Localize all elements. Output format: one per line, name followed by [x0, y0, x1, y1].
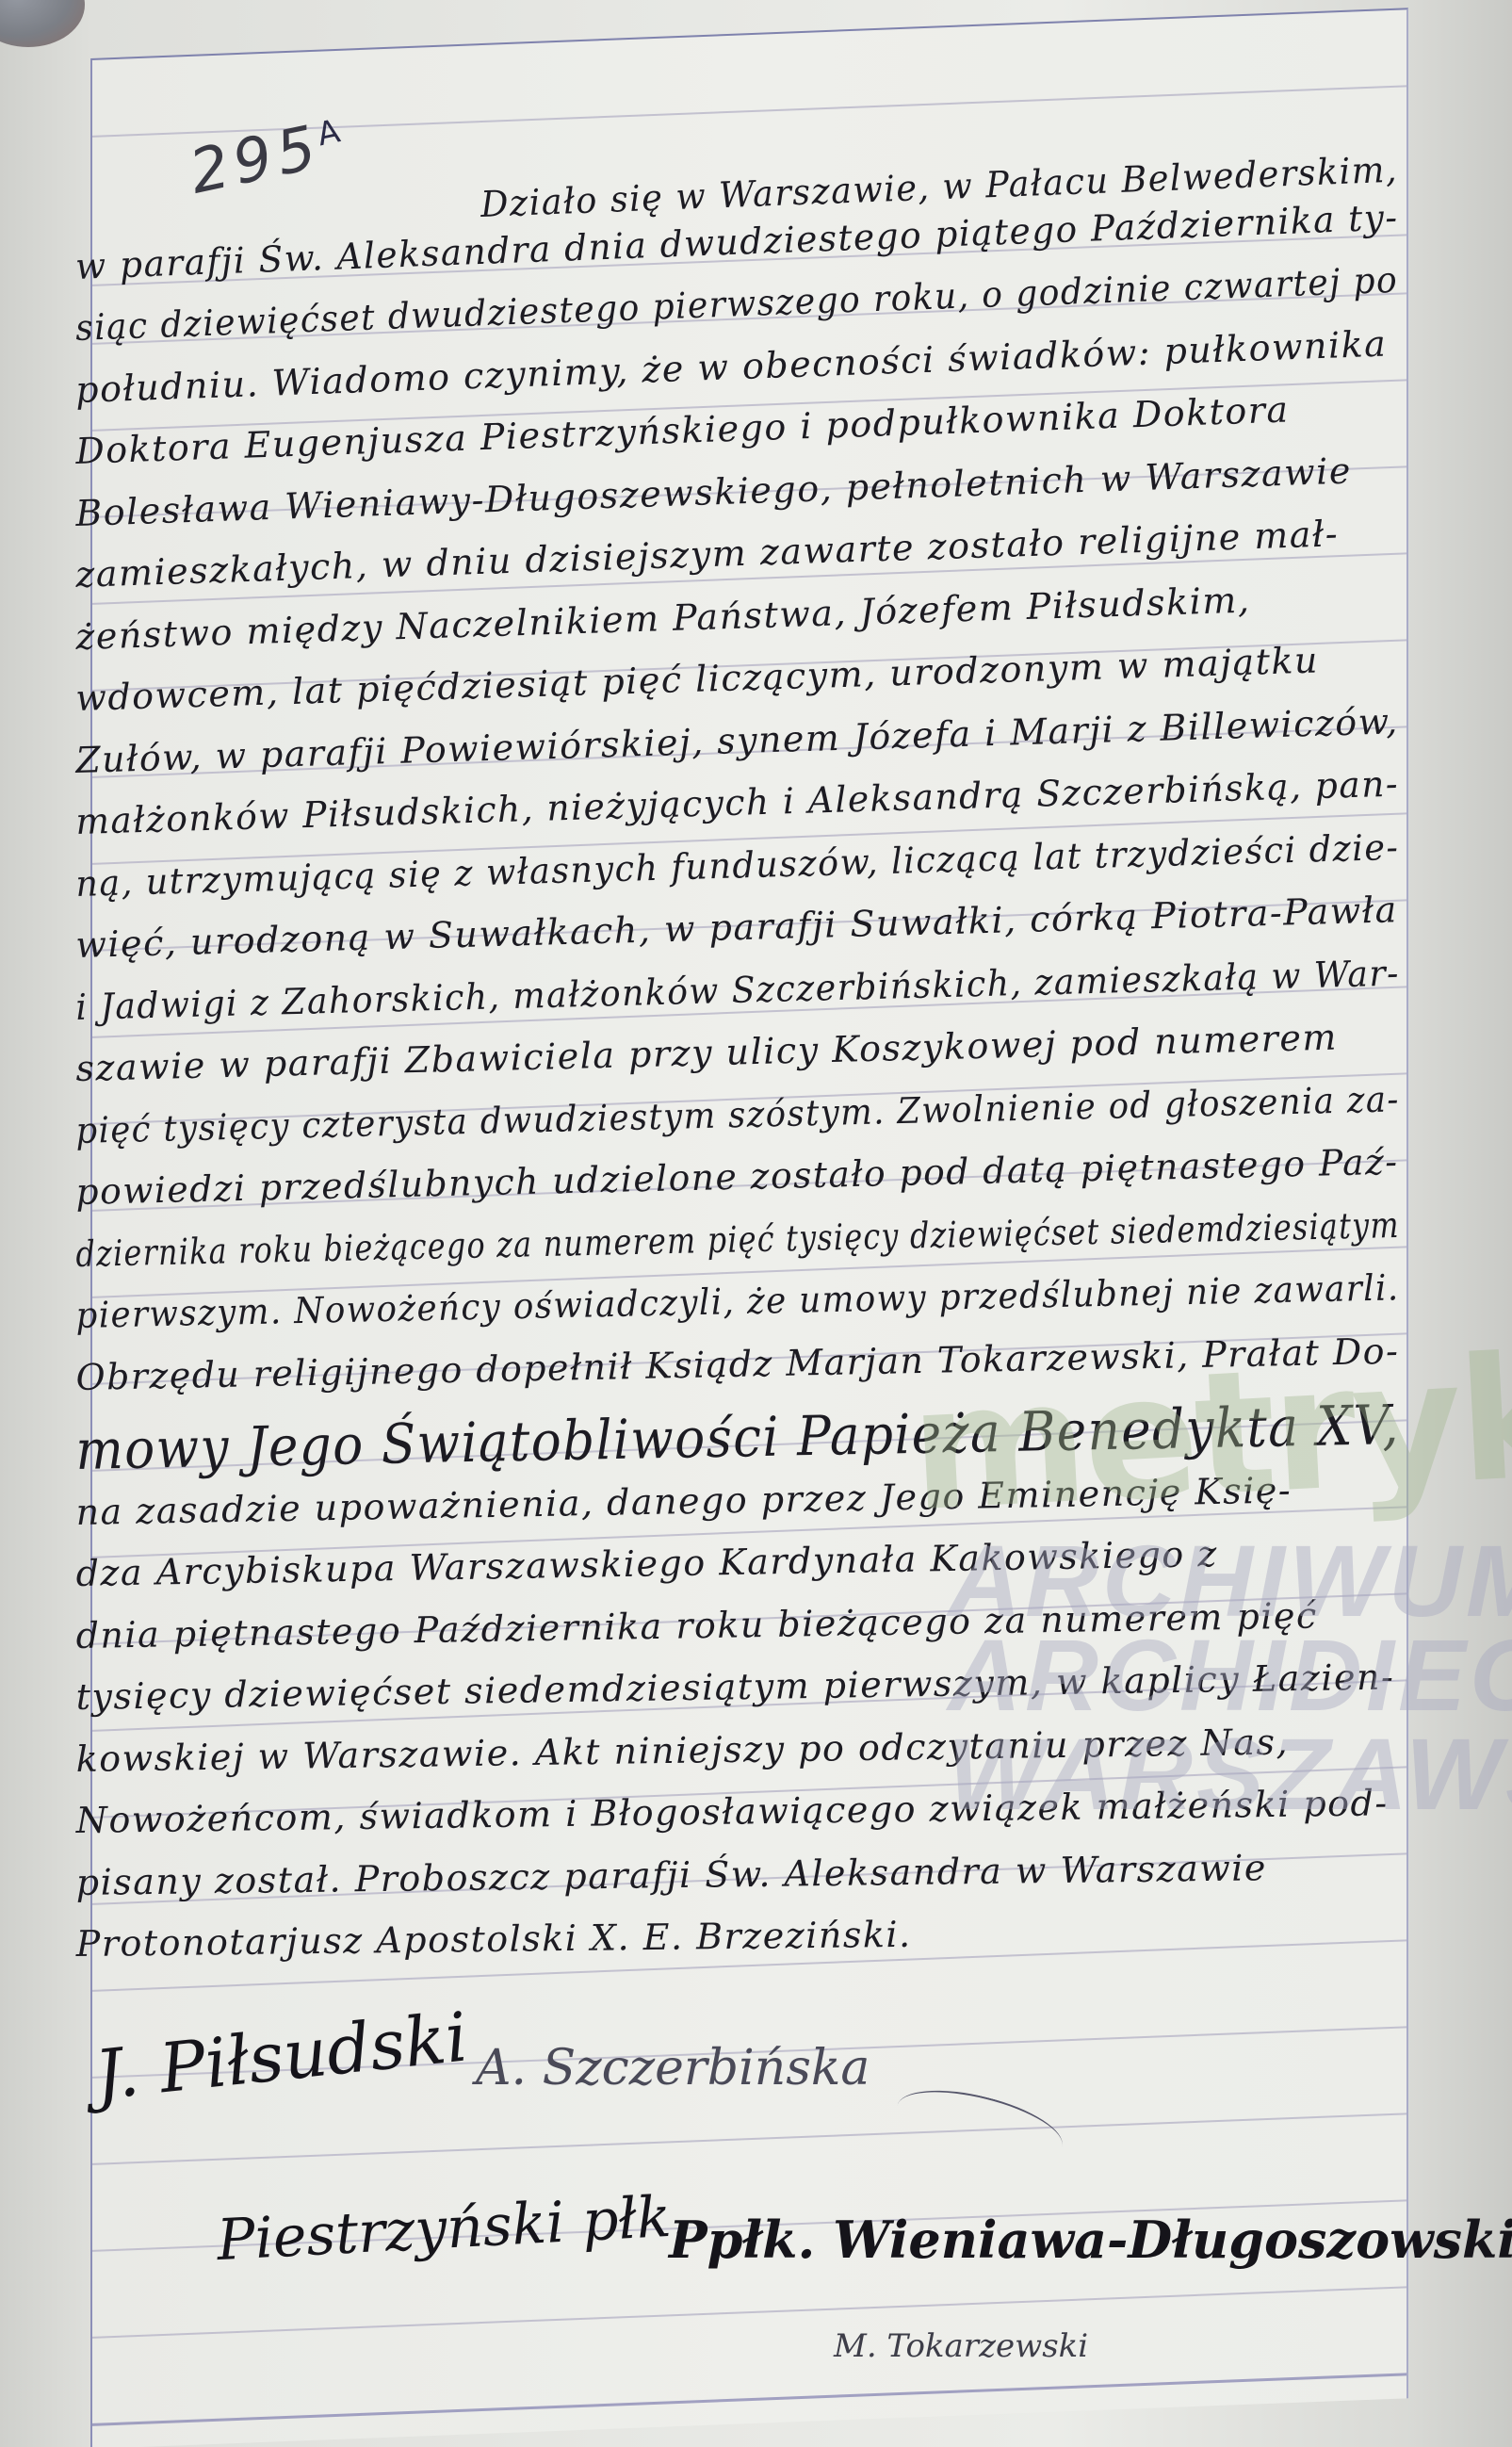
watermark-warszawskiej: WARSZAWSKIEJ [948, 1715, 1512, 1833]
record-line: pisany został. Proboszcz parafji Św. Ale… [75, 1847, 1267, 1903]
signature-szczerbinska: A. Szczerbińska [476, 2040, 870, 2096]
signature-tokarzewski: M. Tokarzewski [834, 2327, 1088, 2365]
record-line: żeństwo między Naczelnikiem Państwa, Józ… [75, 579, 1251, 657]
record-line: i Jadwigi z Zahorskich, małżonków Szczer… [75, 952, 1400, 1027]
record-line: pięć tysięcy czterysta dwudziestym szóst… [75, 1078, 1400, 1151]
folio-number: 295A [184, 106, 354, 208]
record-line: dziernika roku bieżącego za numerem pięć… [75, 1203, 1400, 1274]
record-line: pierwszym. Nowożeńcy oświadczyli, że umo… [75, 1266, 1400, 1336]
record-line: Protonotarjusz Apostolski X. E. Brzezińs… [75, 1914, 911, 1965]
signature-wieniawa: Ppłk. Wieniawa-Długoszowski ppułk. [669, 2210, 1512, 2270]
thumb-shadow [0, 0, 85, 47]
record-line: więć, urodzoną w Suwałkach, w parafji Su… [75, 889, 1398, 966]
record-line: ną, utrzymującą się z własnych funduszów… [75, 825, 1400, 904]
record-line: szawie w parafji Zbawiciela przy ulicy K… [75, 1017, 1338, 1089]
record-line: powiedzi przedślubnych udzielone zostało… [75, 1141, 1399, 1213]
